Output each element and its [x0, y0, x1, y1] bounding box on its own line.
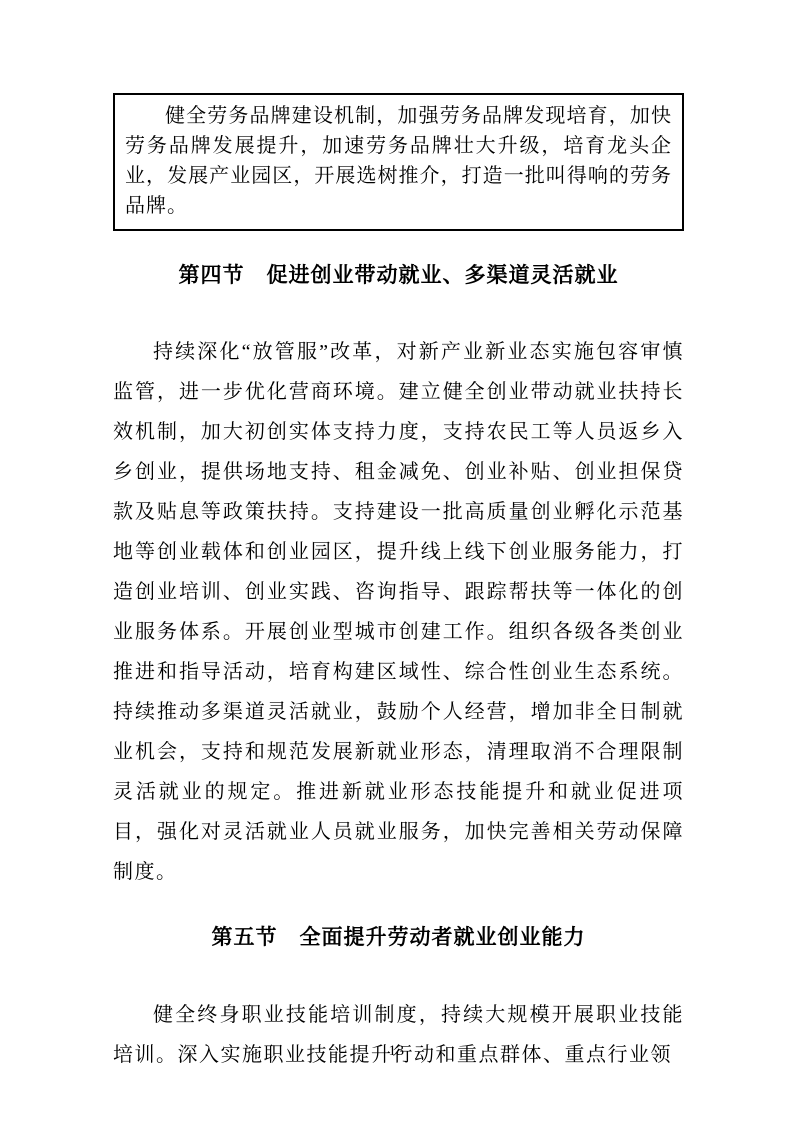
section-heading-5: 第五节 全面提升劳动者就业创业能力: [113, 924, 684, 950]
page-number: 13: [0, 1043, 793, 1060]
document-page: 健全劳务品牌建设机制，加强劳务品牌发现培育，加快劳务品牌发展提升，加速劳务品牌壮…: [0, 0, 793, 1122]
section-5-paragraph: 健全终身职业技能培训制度，持续大规模开展职业技能培训。深入实施职业技能提升行动和…: [113, 995, 684, 1075]
page-content: 健全劳务品牌建设机制，加强劳务品牌发现培育，加快劳务品牌发展提升，加速劳务品牌壮…: [113, 93, 684, 1075]
boxed-note-text: 健全劳务品牌建设机制，加强劳务品牌发现培育，加快劳务品牌发展提升，加速劳务品牌壮…: [125, 101, 672, 221]
section-4-paragraph: 持续深化“放管服”改革，对新产业新业态实施包容审慎监管，进一步优化营商环境。建立…: [113, 332, 684, 892]
section-heading-4: 第四节 促进创业带动就业、多渠道灵活就业: [113, 262, 684, 288]
boxed-note: 健全劳务品牌建设机制，加强劳务品牌发现培育，加快劳务品牌发展提升，加速劳务品牌壮…: [113, 93, 684, 231]
